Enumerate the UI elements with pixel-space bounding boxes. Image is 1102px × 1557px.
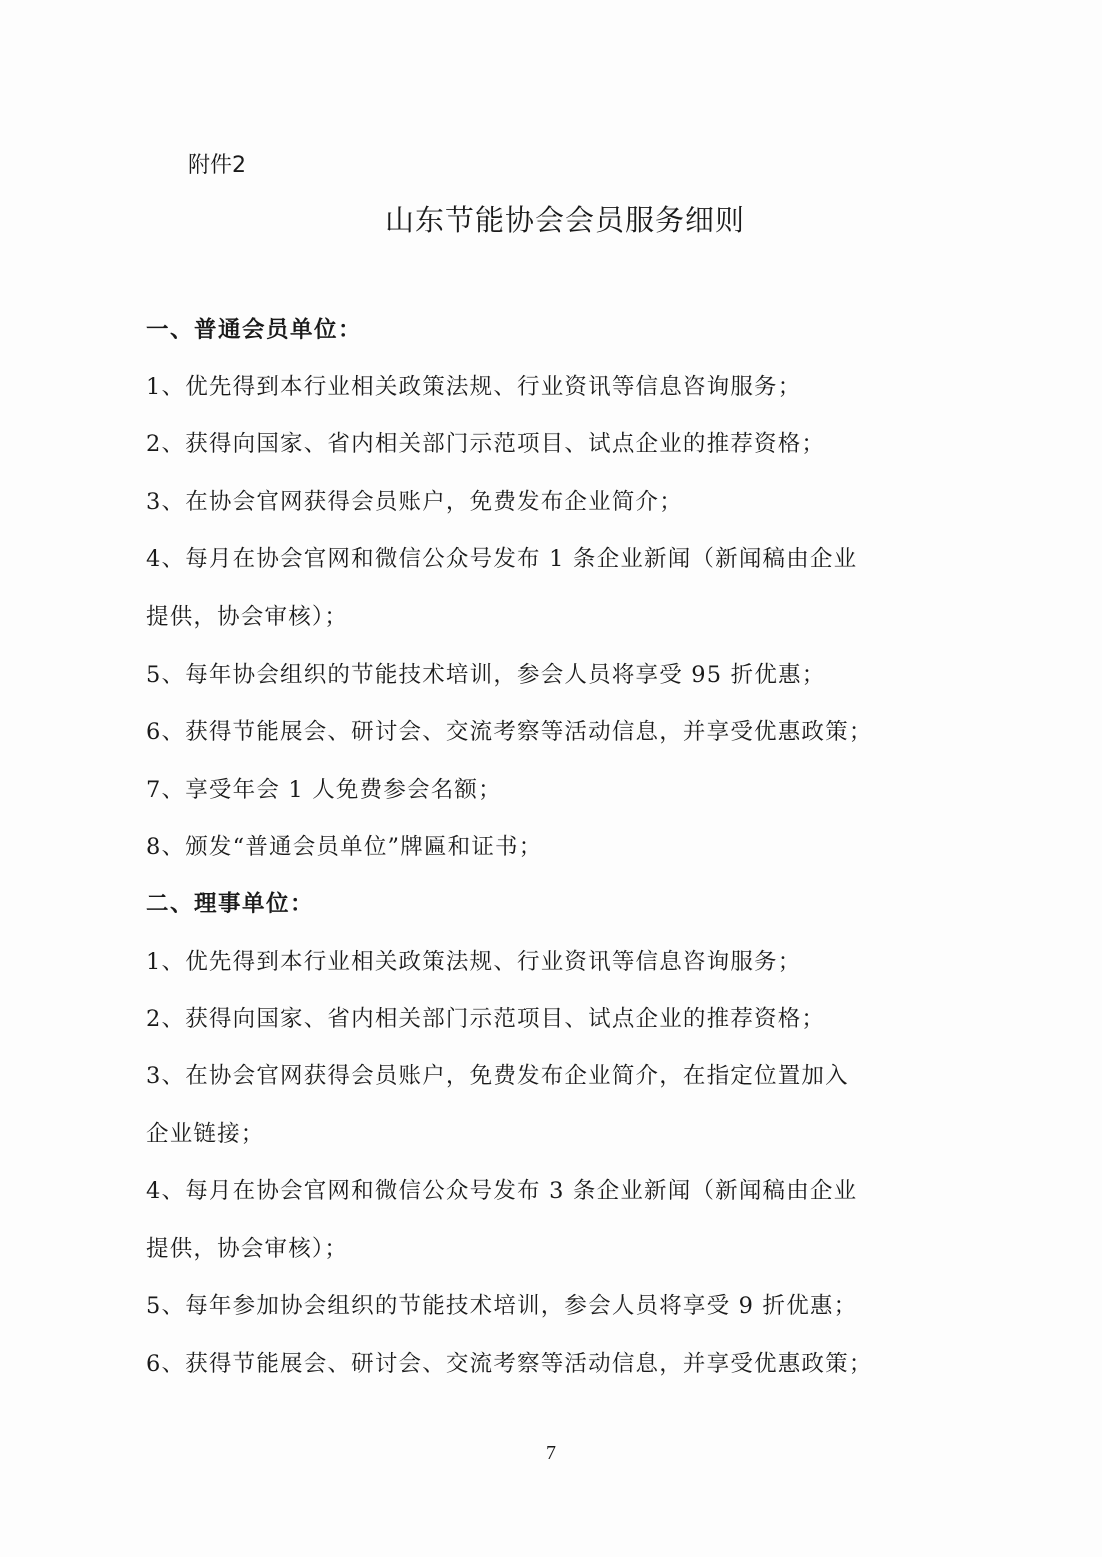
document-title: 山东节能协会会员服务细则 [0,198,1102,239]
list-item: 4、每月在协会官网和微信公众号发布 1 条企业新闻（新闻稿由企业 [146,541,857,573]
list-item-continuation: 企业链接； [146,1116,265,1148]
list-item: 5、每年参加协会组织的节能技术培训，参会人员将享受 9 折优惠； [146,1288,857,1320]
list-item: 1、优先得到本行业相关政策法规、行业资讯等信息咨询服务； [146,369,801,401]
list-item: 5、每年协会组织的节能技术培训，参会人员将享受 95 折优惠； [146,657,825,689]
list-item: 3、在协会官网获得会员账户，免费发布企业简介，在指定位置加入 [146,1058,849,1090]
section-heading-director-units: 二、理事单位： [146,886,314,918]
attachment-label: 附件2 [188,148,246,179]
list-item: 8、颁发“普通会员单位”牌匾和证书； [146,829,542,861]
list-item: 2、获得向国家、省内相关部门示范项目、试点企业的推荐资格； [146,426,825,458]
list-item-continuation: 提供，协会审核）； [146,599,348,631]
list-item: 1、优先得到本行业相关政策法规、行业资讯等信息咨询服务； [146,944,801,976]
list-item-continuation: 提供，协会审核）； [146,1231,348,1263]
page-number: 7 [0,1442,1102,1465]
document-page: 附件2 山东节能协会会员服务细则 一、普通会员单位： 1、优先得到本行业相关政策… [0,0,1102,1557]
section-heading-regular-members: 一、普通会员单位： [146,312,362,344]
list-item: 3、在协会官网获得会员账户，免费发布企业简介； [146,484,683,516]
list-item: 6、获得节能展会、研讨会、交流考察等活动信息，并享受优惠政策； [146,1346,873,1378]
list-item: 6、获得节能展会、研讨会、交流考察等活动信息，并享受优惠政策； [146,714,873,746]
list-item: 2、获得向国家、省内相关部门示范项目、试点企业的推荐资格； [146,1001,825,1033]
list-item: 7、享受年会 1 人免费参会名额； [146,772,502,804]
list-item: 4、每月在协会官网和微信公众号发布 3 条企业新闻（新闻稿由企业 [146,1173,857,1205]
